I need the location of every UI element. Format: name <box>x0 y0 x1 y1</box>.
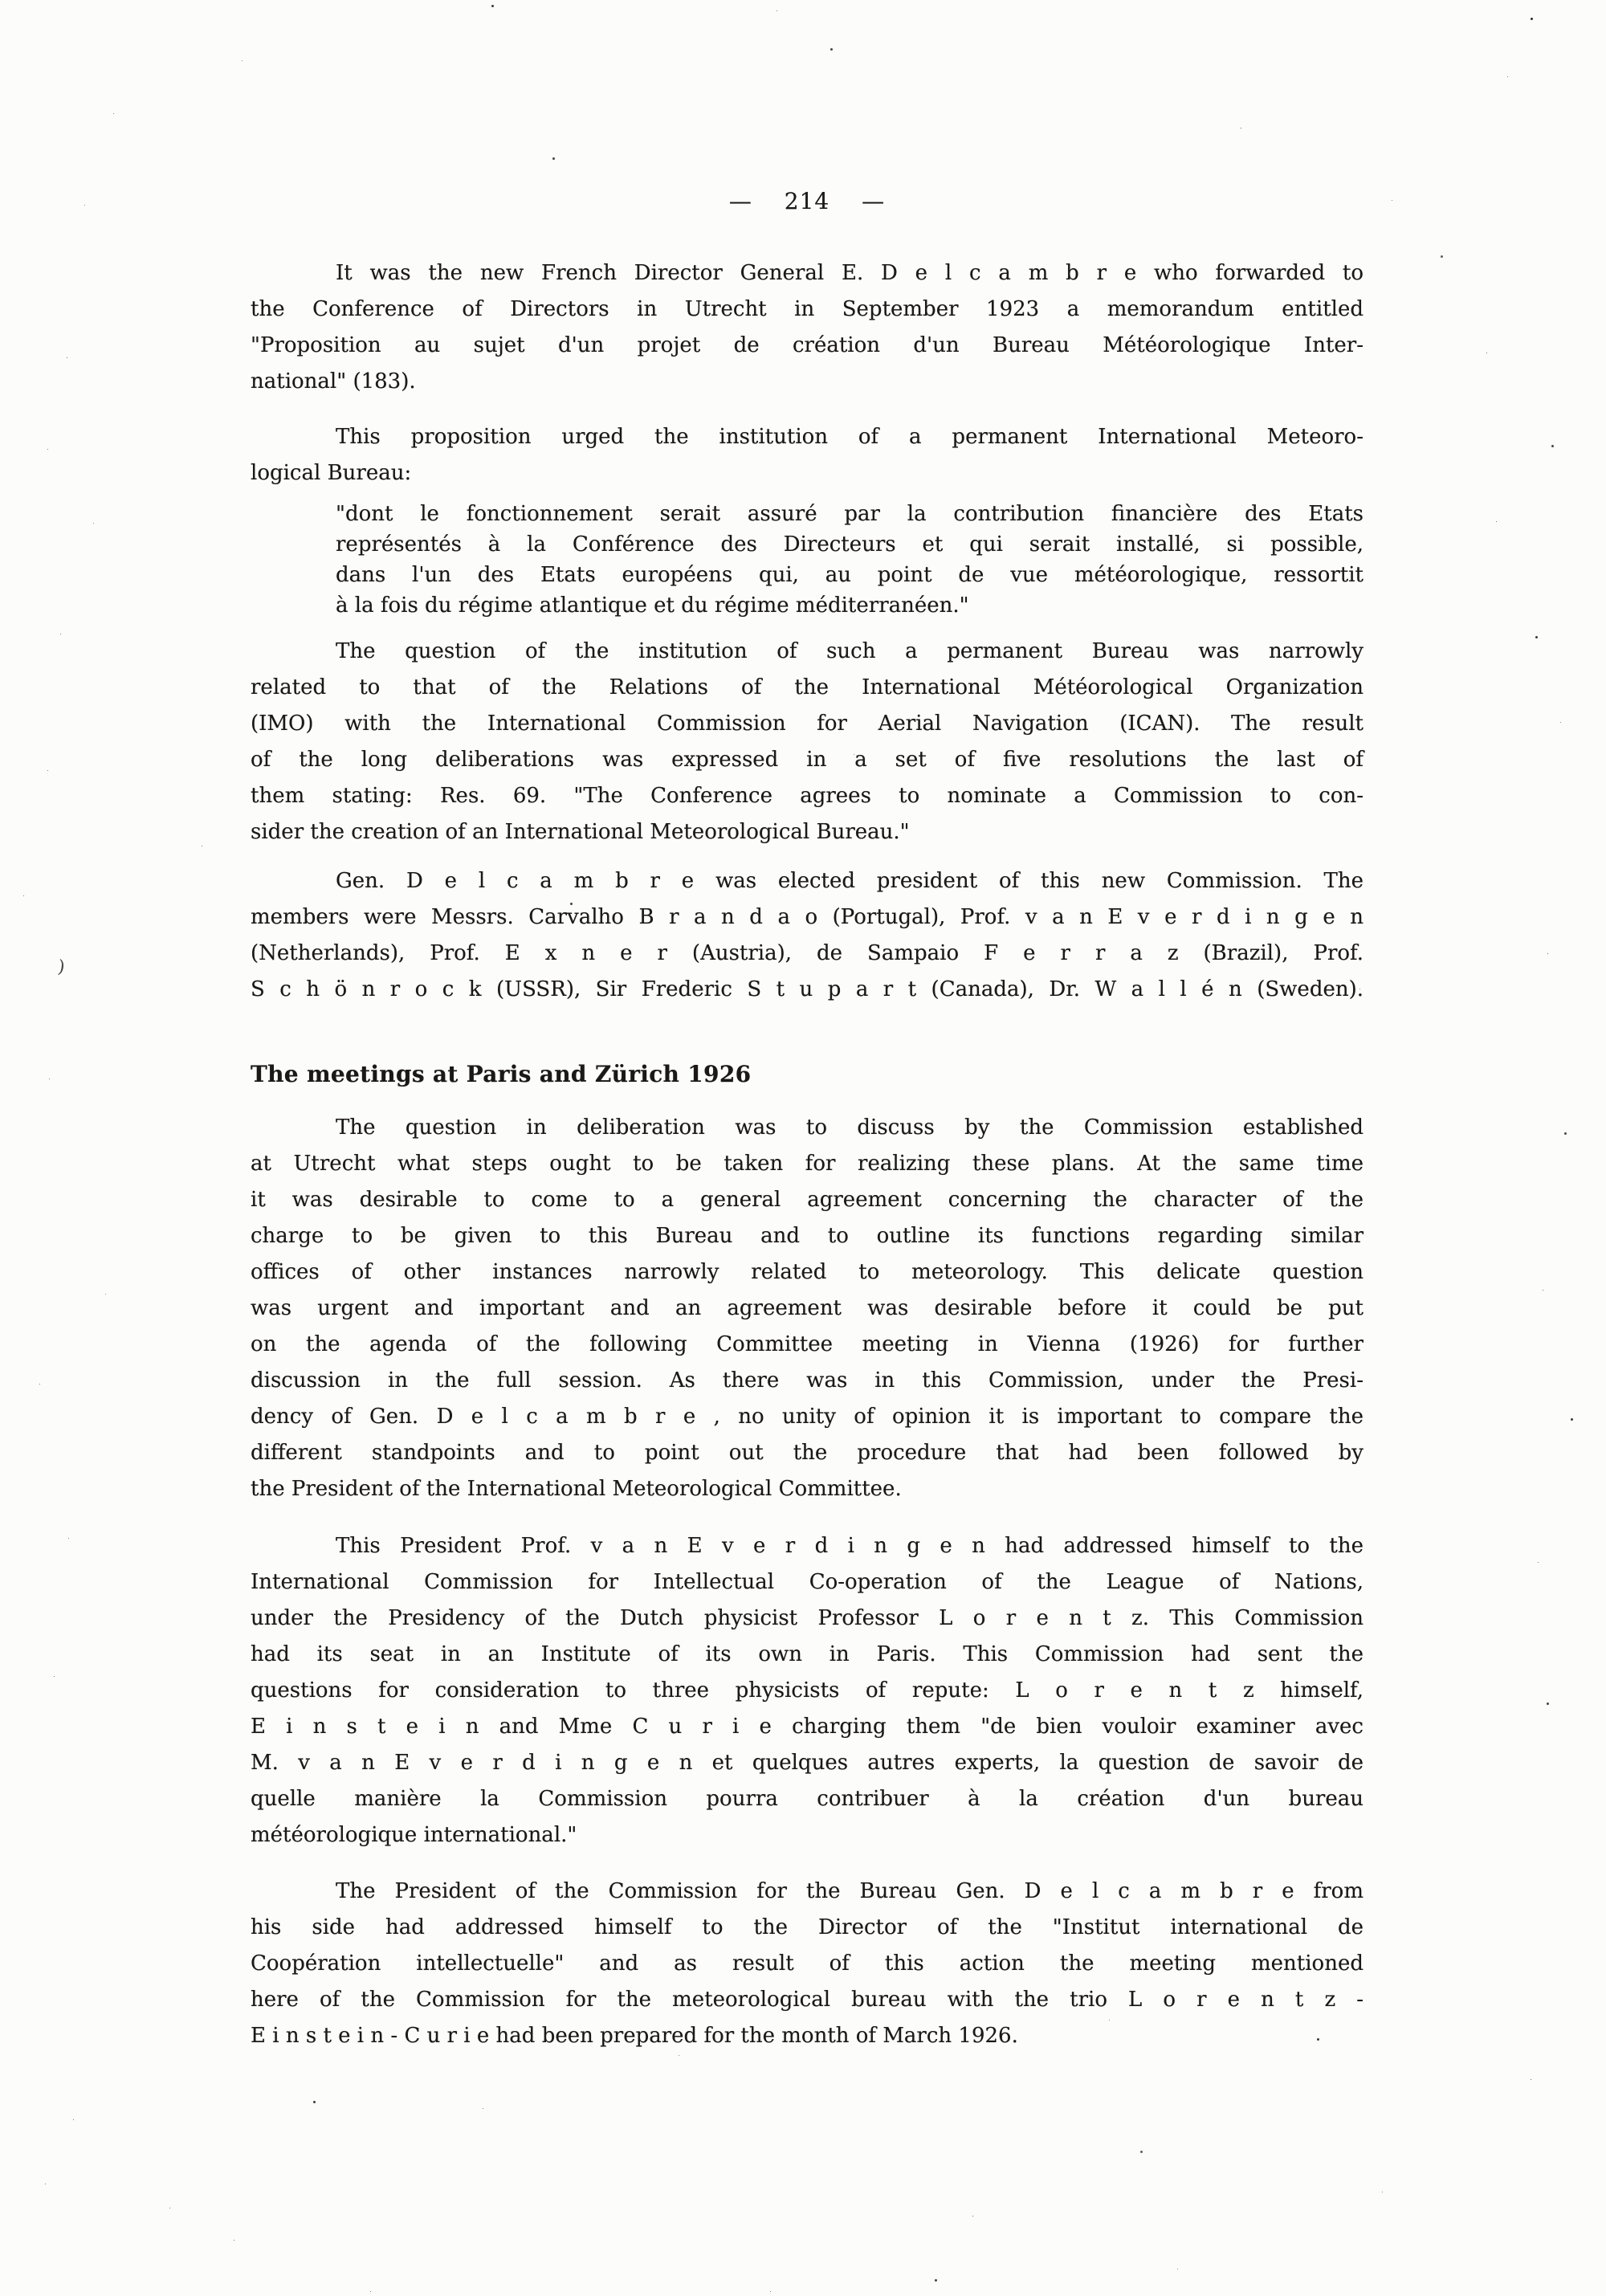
text-line: E i n s t e i n - C u r i e had been pre… <box>251 2018 1363 2054</box>
paragraph-commission-members: Gen. D e l c a m b r e was elected presi… <box>251 863 1363 1008</box>
text-line: quelle manière la Commission pourra cont… <box>251 1781 1363 1817</box>
text-line: It was the new French Director General E… <box>251 255 1363 292</box>
text-line: E i n s t e i n and Mme C u r i e chargi… <box>251 1709 1363 1745</box>
text-line: M. v a n E v e r d i n g e n et quelques… <box>251 1745 1363 1781</box>
text-line: had its seat in an Institute of its own … <box>251 1637 1363 1673</box>
text-line: on the agenda of the following Committee… <box>251 1327 1363 1363</box>
text-line: This proposition urged the institution o… <box>251 419 1363 455</box>
paragraph-bureau-question: The question of the institution of such … <box>251 634 1363 850</box>
text-line: Coopération intellectuelle" and as resul… <box>251 1946 1363 1982</box>
text-line: discussion in the full session. As there… <box>251 1363 1363 1399</box>
text-line: offices of other instances narrowly rela… <box>251 1254 1363 1291</box>
text-line: logical Bureau: <box>251 455 1363 491</box>
page-number: — 214 — <box>251 183 1363 219</box>
paragraph-president-delcambre: The President of the Commission for the … <box>251 1874 1363 2054</box>
text-line: here of the Commission for the meteorolo… <box>251 1982 1363 2018</box>
text-line: (Netherlands), Prof. E x n e r (Austria)… <box>251 936 1363 972</box>
french-quotation: "dont le fonctionnement serait assuré pa… <box>336 499 1363 621</box>
text-line: à la fois du régime atlantique et du rég… <box>336 590 1363 621</box>
text-line: his side had addressed himself to the Di… <box>251 1910 1363 1946</box>
text-line: members were Messrs. Carvalho B r a n d … <box>251 899 1363 936</box>
text-line: dency of Gen. D e l c a m b r e , no uni… <box>251 1399 1363 1435</box>
text-line: (IMO) with the International Commission … <box>251 706 1363 742</box>
text-line: national" (183). <box>251 364 1363 400</box>
text-line: The President of the Commission for the … <box>251 1874 1363 1910</box>
text-line: Gen. D e l c a m b r e was elected presi… <box>251 863 1363 899</box>
section-heading: The meetings at Paris and Zürich 1926 <box>251 1056 1363 1092</box>
text-column: — 214 — It was the new French Director G… <box>251 183 1363 2054</box>
text-line: different standpoints and to point out t… <box>251 1435 1363 1471</box>
paragraph-deliberation: The question in deliberation was to disc… <box>251 1110 1363 1507</box>
text-line: représentés à la Conférence des Directeu… <box>336 529 1363 560</box>
scan-noise <box>0 0 2 2</box>
text-line: "Proposition au sujet d'un projet de cré… <box>251 328 1363 364</box>
text-line: related to that of the Relations of the … <box>251 670 1363 706</box>
text-line: The question of the institution of such … <box>251 634 1363 670</box>
paragraph-president-everdingen: This President Prof. v a n E v e r d i n… <box>251 1528 1363 1854</box>
text-line: charge to be given to this Bureau and to… <box>251 1218 1363 1254</box>
scan-artifact-mark: ) <box>56 957 66 978</box>
text-line: This President Prof. v a n E v e r d i n… <box>251 1528 1363 1564</box>
text-line: at Utrecht what steps ought to be taken … <box>251 1146 1363 1182</box>
text-line: the Conference of Directors in Utrecht i… <box>251 292 1363 328</box>
text-line: dans l'un des Etats européens qui, au po… <box>336 560 1363 590</box>
text-line: The question in deliberation was to disc… <box>251 1110 1363 1146</box>
text-line: it was desirable to come to a general ag… <box>251 1182 1363 1218</box>
text-line: under the Presidency of the Dutch physic… <box>251 1601 1363 1637</box>
text-line: "dont le fonctionnement serait assuré pa… <box>336 499 1363 529</box>
text-line: them stating: Res. 69. "The Conference a… <box>251 778 1363 814</box>
text-line: météorologique international." <box>251 1817 1363 1854</box>
text-line: was urgent and important and an agreemen… <box>251 1291 1363 1327</box>
paragraph-proposition: This proposition urged the institution o… <box>251 419 1363 491</box>
text-line: questions for consideration to three phy… <box>251 1673 1363 1709</box>
text-line: S c h ö n r o c k (USSR), Sir Frederic S… <box>251 972 1363 1008</box>
text-line: sider the creation of an International M… <box>251 814 1363 850</box>
text-line: of the long deliberations was expressed … <box>251 742 1363 778</box>
text-line: International Commission for Intellectua… <box>251 1564 1363 1601</box>
text-line: the President of the International Meteo… <box>251 1471 1363 1507</box>
paragraph-intro: It was the new French Director General E… <box>251 255 1363 400</box>
